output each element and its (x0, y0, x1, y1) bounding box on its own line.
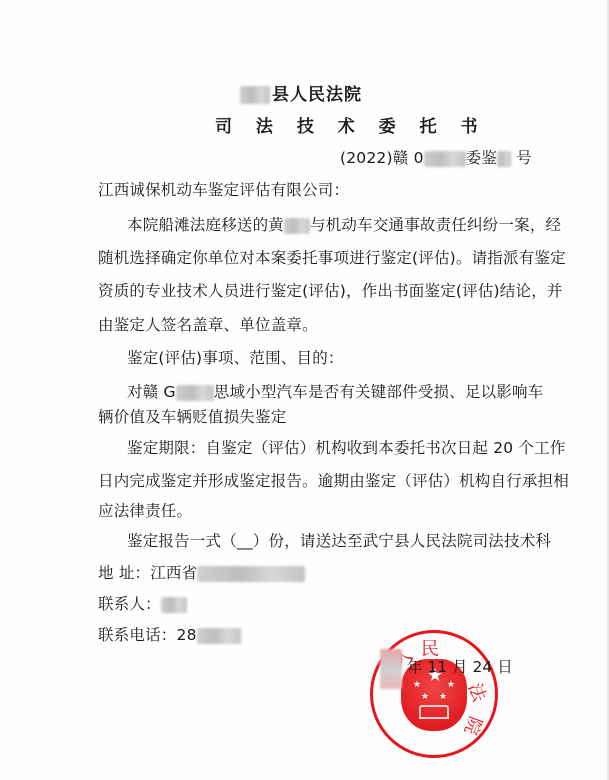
date-day-label: 日 (497, 658, 513, 676)
redacted-region (161, 597, 187, 613)
case-number: (2022)赣 0委鉴 号 (340, 146, 532, 168)
phone-label: 联系电话： (98, 626, 177, 644)
case-number-prefix: (2022)赣 0 (340, 149, 424, 167)
redacted-region (240, 86, 270, 104)
emblem-gate (419, 705, 449, 719)
text-segment: 本院船滩法庭移送的黄 (127, 216, 284, 234)
text-segment: 思域小型汽车是否有关键部件受损、足以影响车 (214, 383, 544, 401)
paragraph-1-line-1: 本院船滩法庭移送的黄与机动车交通事故责任纠纷一案，经 (127, 213, 561, 235)
redacted-region (197, 628, 241, 644)
text-segment: 与机动车交通事故责任纠纷一案，经 (310, 216, 561, 234)
contact-phone: 联系电话：28 (98, 623, 241, 645)
redacted-region (380, 649, 402, 689)
address-value: 江西省 (150, 564, 197, 582)
redacted-region (424, 151, 466, 167)
date-year-label: 年 (407, 658, 423, 676)
paragraph-3-line-1: 对赣 G思域小型汽车是否有关键部件受损、足以影响车 (127, 380, 543, 402)
address-label: 地 址： (98, 564, 150, 582)
seal-char: 院 (459, 713, 490, 739)
redacted-region (176, 385, 214, 401)
redacted-region (497, 151, 511, 167)
contact-person: 联系人： (98, 592, 187, 614)
paragraph-1-line-4: 由鉴定人签名盖章、单位盖章。 (98, 313, 318, 335)
star-icon: ★ (439, 693, 447, 702)
date-month: 11 (427, 658, 447, 676)
text-segment: 对赣 G (127, 383, 176, 401)
date-day: 24 (473, 658, 493, 676)
paragraph-2-line-1: 鉴定(评估)事项、范围、目的： (127, 346, 344, 368)
document-page: 县人民法院 司 法 技 术 委 托 书 (2022)赣 0委鉴 号 江西诚保机动… (0, 0, 609, 780)
case-number-middle: 委鉴 (466, 149, 497, 167)
phone-value: 28 (177, 626, 197, 644)
case-number-suffix: 号 (516, 149, 532, 167)
person-label: 联系人： (98, 595, 161, 613)
paragraph-3-line-2: 辆价值及车辆贬值损失鉴定 (98, 405, 286, 427)
document-date: 年 11 月 24 日 (380, 655, 513, 689)
document-title: 司 法 技 术 委 托 书 (215, 112, 487, 137)
court-name-text: 县人民法院 (272, 85, 362, 105)
redacted-region (197, 566, 305, 582)
date-month-label: 月 (452, 658, 468, 676)
paragraph-1-line-3: 资质的专业技术人员进行鉴定(评估)，作出书面鉴定(评估)结论，并 (98, 279, 563, 301)
addressee: 江西诚保机动车鉴定评估有限公司： (98, 178, 349, 200)
paragraph-5-line-1: 鉴定报告一式（__）份，请送达至武宁县人民法院司法技术科 (127, 529, 551, 551)
star-icon: ★ (421, 693, 429, 702)
paragraph-4-line-3: 应法律责任。 (98, 499, 192, 521)
paragraph-4-line-2: 日内完成鉴定并形成鉴定报告。逾期由鉴定（评估）机构自行承担相 (98, 469, 569, 491)
redacted-region (284, 218, 310, 234)
paragraph-1-line-2: 随机选择确定你单位对本案委托事项进行鉴定(评估)。请指派有鉴定 (98, 246, 566, 268)
paragraph-4-line-1: 鉴定期限：自鉴定（评估）机构收到本委托书次日起 20 个工作 (127, 436, 566, 458)
court-name: 县人民法院 (240, 80, 362, 105)
contact-address: 地 址：江西省 (98, 561, 305, 583)
